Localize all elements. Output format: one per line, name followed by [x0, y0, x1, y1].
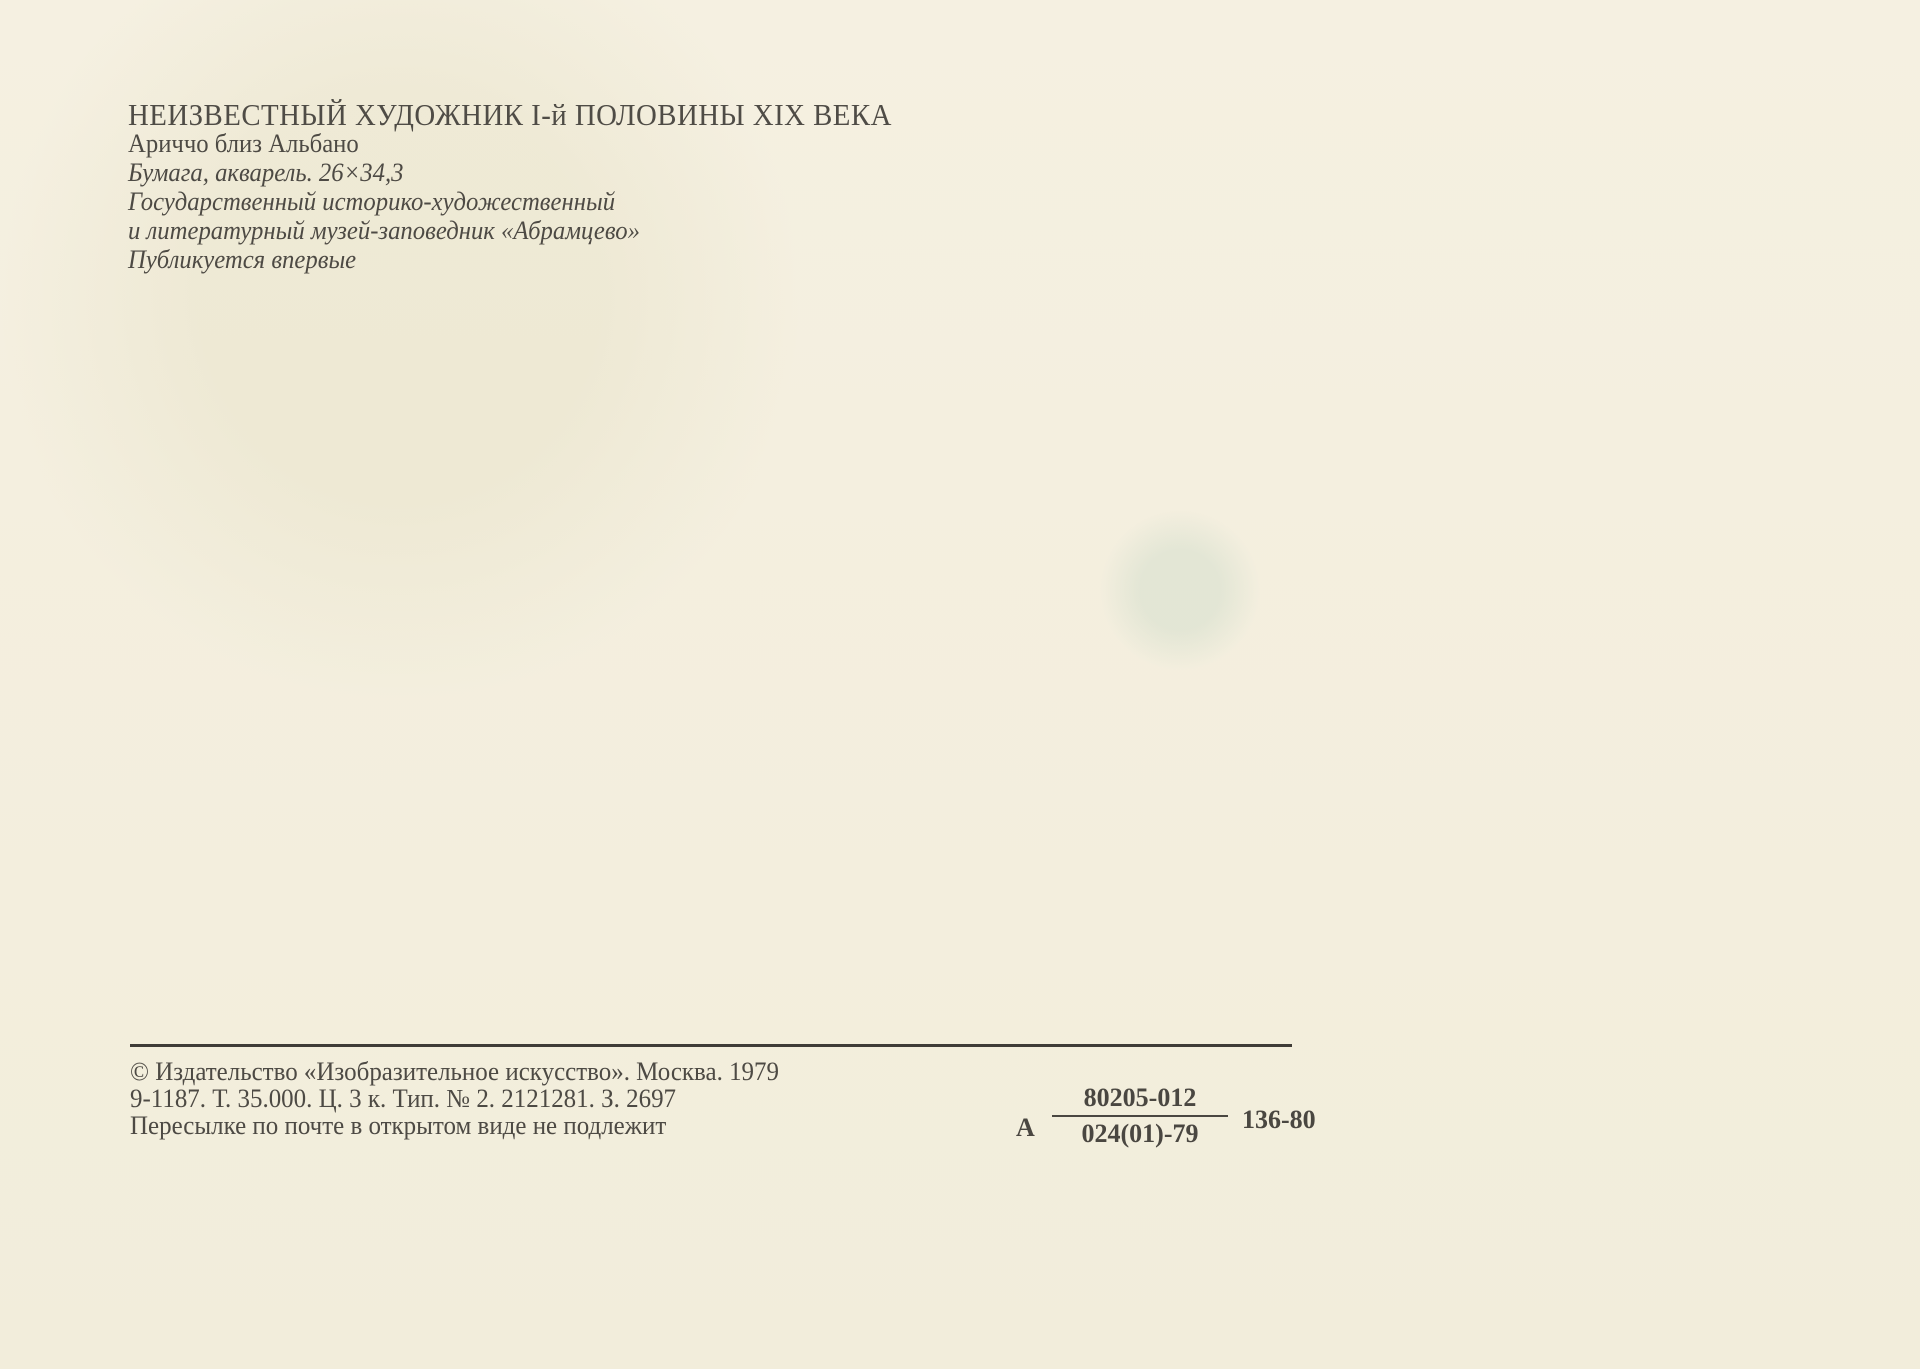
code-letter: А [1016, 1113, 1035, 1143]
artwork-medium: Бумага, акварель. 26×34,3 [128, 158, 908, 187]
code-suffix: 136-80 [1242, 1105, 1316, 1135]
footer-divider [130, 1044, 1292, 1047]
imprint: © Издательство «Изобразительное искусств… [130, 1058, 806, 1139]
artwork-title: Ариччо близ Альбано [128, 129, 908, 158]
publisher-line: © Издательство «Изобразительное искусств… [130, 1058, 779, 1085]
museum-name-line-2: и литературный музей-заповедник «Абрамце… [128, 216, 908, 245]
code-fraction: 80205-012 024(01)-79 [1052, 1083, 1228, 1149]
publication-note: Публикуется впервые [128, 245, 908, 274]
postal-note-line: Пересылке по почте в открытом виде не по… [130, 1112, 779, 1139]
print-info-line: 9-1187. Т. 35.000. Ц. 3 к. Тип. № 2. 212… [130, 1085, 779, 1112]
code-numerator: 80205-012 [1052, 1083, 1228, 1117]
museum-name-line-1: Государственный историко-художественный [128, 187, 908, 216]
artwork-caption: НЕИЗВЕСТНЫЙ ХУДОЖНИК I-й ПОЛОВИНЫ XIX ВЕ… [128, 100, 949, 274]
artist-heading: НЕИЗВЕСТНЫЙ ХУДОЖНИК I-й ПОЛОВИНЫ XIX ВЕ… [128, 100, 892, 129]
code-denominator: 024(01)-79 [1052, 1117, 1228, 1149]
